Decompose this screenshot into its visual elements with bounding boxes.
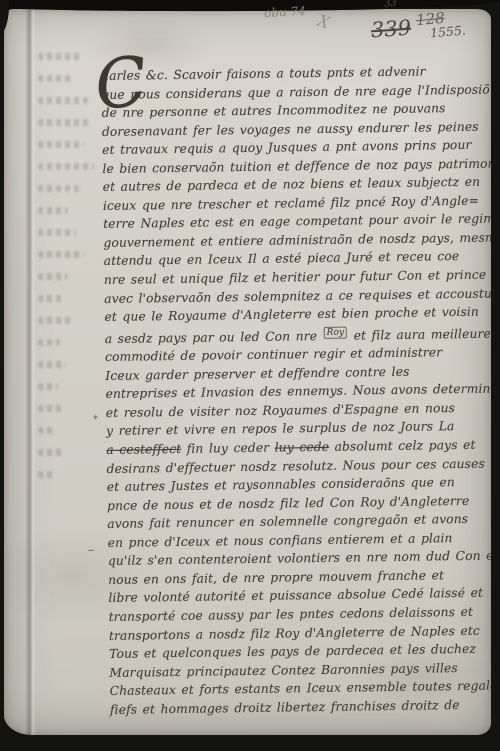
bleedthrough-line <box>38 339 60 346</box>
manuscript-text-block: C harles &c. Scavoir faisons a touts pnt… <box>101 62 491 720</box>
bleedthrough-line <box>38 229 76 236</box>
page-fold-line <box>25 9 36 735</box>
bleedthrough-line <box>38 119 92 126</box>
bleedthrough-line <box>38 185 80 192</box>
margin-asterisk-mark: ⁎ <box>93 411 98 422</box>
pencil-folio-note: obu 74 <box>264 4 306 20</box>
bleedthrough-line <box>38 317 72 324</box>
bleedthrough-line <box>38 383 58 390</box>
bleedthrough-line <box>38 361 66 368</box>
margin-dash-mark: – <box>88 543 94 557</box>
bleedthrough-line <box>38 207 68 214</box>
bleedthrough-line <box>38 97 88 104</box>
ink-bleedthrough-column <box>38 53 98 493</box>
year-annotation: 1555. <box>429 22 466 40</box>
bleedthrough-line <box>38 53 82 60</box>
drop-cap-initial: C <box>91 48 151 122</box>
bleedthrough-line <box>38 295 64 302</box>
bleedthrough-line <box>38 471 54 478</box>
bleedthrough-line <box>38 273 68 280</box>
bleedthrough-line <box>38 141 84 148</box>
bleedthrough-line <box>38 405 62 412</box>
bleedthrough-line <box>38 449 64 456</box>
bleedthrough-line <box>38 75 74 82</box>
bleedthrough-line <box>38 251 84 258</box>
manuscript-page: C harles &c. Scavoir faisons a touts pnt… <box>4 9 491 735</box>
faint-folio-number: 33 <box>384 0 397 9</box>
bleedthrough-line <box>38 163 94 170</box>
manuscript-photo: C harles &c. Scavoir faisons a touts pnt… <box>0 0 500 751</box>
crossed-out-folio-number-339: 339 <box>370 16 412 43</box>
bleedthrough-line <box>38 427 56 434</box>
